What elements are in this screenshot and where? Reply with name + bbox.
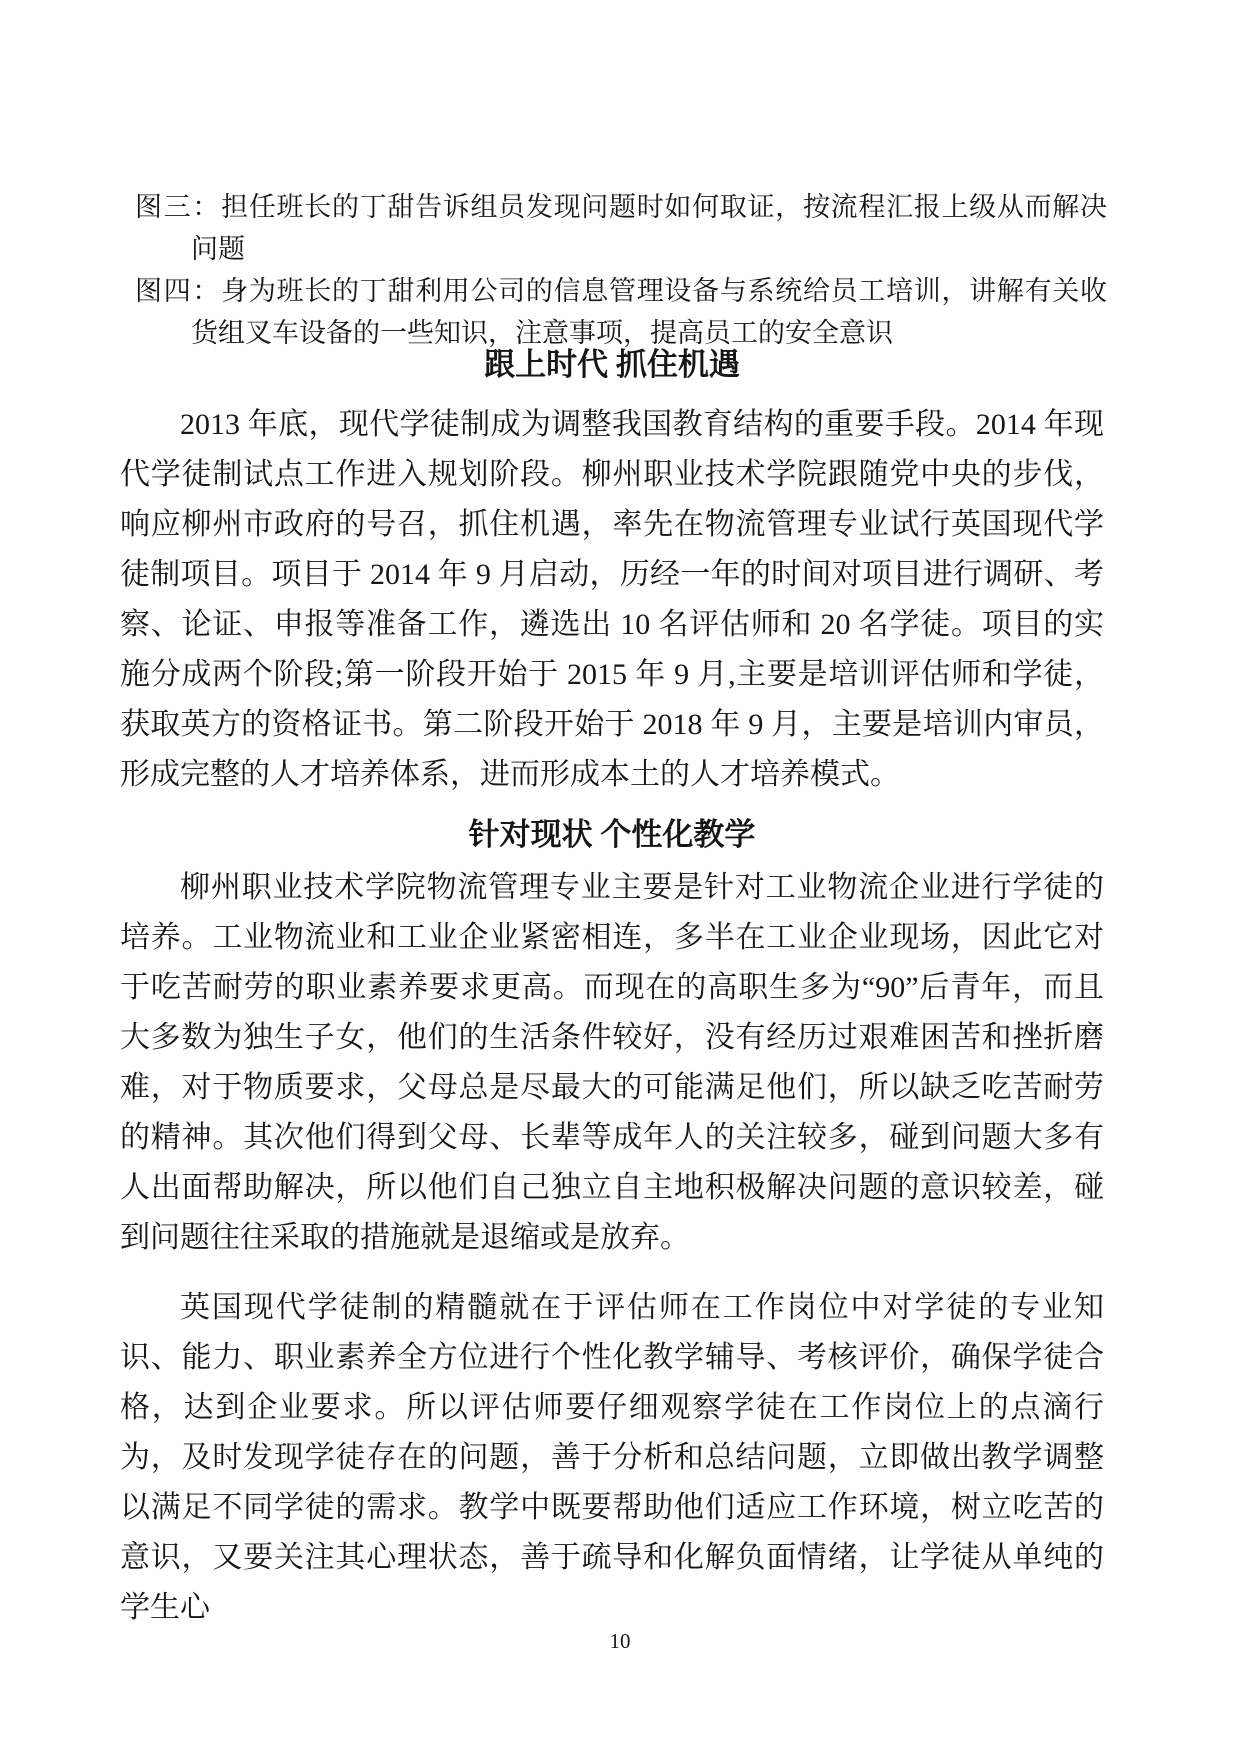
document-page: 图三：担任班长的丁甜告诉组员发现问题时如何取证，按流程汇报上级从而解决问题 图四… [0,0,1240,1754]
section-heading-keep-up-with-times: 跟上时代 抓住机遇 [120,340,1104,390]
figure-caption-block: 图三：担任班长的丁甜告诉组员发现问题时如何取证，按流程汇报上级从而解决问题 图四… [135,186,1107,354]
body-paragraph: 英国现代学徒制的精髓就在于评估师在工作岗位中对学徒的专业知识、能力、职业素养全方… [120,1283,1104,1633]
figure-caption-label: 图四： [135,276,221,306]
body-paragraph: 2013 年底，现代学徒制成为调整我国教育结构的重要手段。2014 年现代学徒制… [120,400,1104,800]
figure-caption-text: 身为班长的丁甜利用公司的信息管理设备与系统给员工培训，讲解有关收货组叉车设备的一… [191,276,1107,348]
page-number: 10 [0,1628,1240,1654]
body-paragraph: 柳州职业技术学院物流管理专业主要是针对工业物流企业进行学徒的培养。工业物流业和工… [120,863,1104,1263]
figure-caption: 图三：担任班长的丁甜告诉组员发现问题时如何取证，按流程汇报上级从而解决问题 [135,186,1107,270]
section-heading-individualized-teaching: 针对现状 个性化教学 [120,810,1104,860]
figure-caption-text: 担任班长的丁甜告诉组员发现问题时如何取证，按流程汇报上级从而解决问题 [191,192,1107,264]
figure-caption-label: 图三： [135,192,221,222]
